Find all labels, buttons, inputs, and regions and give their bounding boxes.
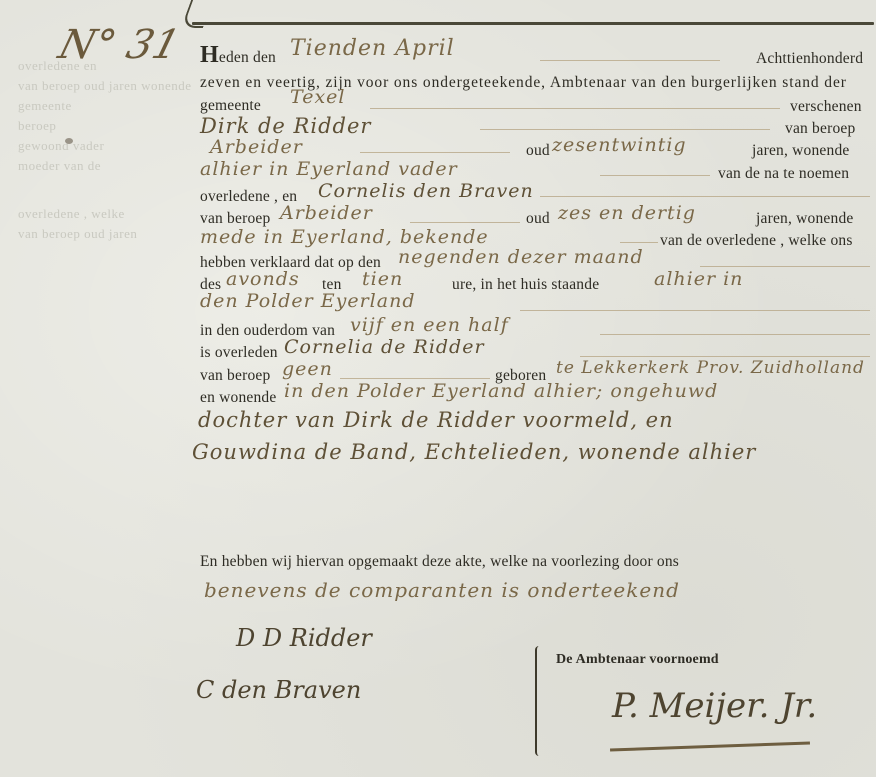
printed-line-6b: van de na te noemen: [718, 165, 849, 183]
hand-declarant1-age: zesentwintig: [552, 134, 687, 156]
printed-line-4b: van beroep: [785, 120, 855, 138]
printed-line-5b: jaren, wonende: [752, 142, 849, 160]
civil-record-page: overledene en van beroep oud jaren wonen…: [0, 0, 876, 777]
signature-declarant-1: D D Ridder: [236, 624, 372, 652]
bleed-through-text: beroep: [18, 118, 56, 134]
hand-birthplace: te Lekkerkerk Prov. Zuidholland: [556, 358, 865, 378]
hand-deceased-age: vijf en een half: [350, 314, 509, 336]
printed-oud-2: oud: [526, 210, 550, 228]
fill-line: [600, 175, 710, 176]
signature-declarant-2: C den Braven: [196, 676, 361, 704]
bleed-through-text: moeder van de: [18, 158, 101, 174]
fill-line: [360, 152, 510, 153]
record-number: N° 31: [54, 22, 185, 68]
hand-deceased-name: Cornelia de Ridder: [284, 336, 485, 358]
bleed-through-text: van beroep oud jaren: [18, 226, 137, 242]
printed-oud: oud: [526, 142, 550, 160]
printed-line-1: Heden den: [200, 42, 276, 69]
fill-line: [410, 222, 520, 223]
bleed-through-text: overledene , welke: [18, 206, 125, 222]
fill-line: [340, 378, 490, 379]
hand-death-day: negenden dezer maand: [398, 246, 644, 268]
hand-declarant2-age: zes en dertig: [558, 202, 696, 224]
printed-line-16: en wonende: [200, 389, 276, 407]
hand-declarant2-residence: mede in Eyerland, bekende: [200, 226, 489, 248]
fill-line: [520, 310, 870, 311]
bleed-through-text: gewoond vader: [18, 138, 104, 154]
fill-line: [540, 196, 870, 197]
fill-line: [620, 242, 658, 243]
hand-declarant1-occupation: Arbeider: [210, 136, 303, 158]
hand-declarant1-name: Dirk de Ridder: [200, 114, 371, 138]
ink-blot: [65, 138, 73, 144]
hand-death-hour: tien: [362, 268, 403, 290]
hand-municipality: Texel: [290, 86, 345, 108]
fill-line: [580, 356, 870, 357]
fill-line: [480, 129, 770, 130]
hand-date: Tienden April: [290, 36, 455, 61]
printed-line-3b: verschenen: [790, 98, 862, 116]
hand-declarant2-name: Cornelis den Braven: [318, 180, 534, 202]
hand-time-of-day: avonds: [226, 268, 300, 290]
hand-parents-line-1: dochter van Dirk de Ridder voormeld, en: [198, 408, 674, 432]
fill-line: [700, 266, 870, 267]
printed-line-1b: Achttienhonderd: [756, 50, 863, 68]
printed-official-label: De Ambtenaar voornoemd: [556, 652, 719, 668]
fill-line: [600, 334, 870, 335]
printed-line-9b: van de overledene , welke ons: [660, 232, 853, 250]
hand-death-place-b: den Polder Eyerland: [200, 290, 415, 312]
printed-line-11c: ure, in het huis staande: [452, 276, 599, 294]
fill-line: [540, 60, 720, 61]
hand-deceased-occupation: geen: [282, 358, 333, 380]
bleed-through-text: gemeente: [18, 98, 72, 114]
hand-residence: in den Polder Eyerland alhier; ongehuwd: [284, 380, 718, 402]
hand-declarant2-occupation: Arbeider: [280, 202, 373, 224]
hand-closing: benevens de comparanten is onderteekend: [204, 578, 680, 602]
printed-line-3: gemeente: [200, 97, 261, 115]
hand-death-place-a: alhier in: [654, 268, 743, 290]
printed-closing: En hebben wij hiervan opgemaakt deze akt…: [200, 553, 679, 571]
bleed-through-text: van beroep oud jaren wonende: [18, 78, 192, 94]
printed-line-15: van beroep: [200, 367, 270, 385]
printed-line-8c: jaren, wonende: [756, 210, 853, 228]
fill-line: [370, 108, 780, 109]
printed-line-14: is overleden: [200, 344, 278, 362]
header-rule: [192, 22, 874, 25]
hand-parents-line-2: Gouwdina de Band, Echtelieden, wonende a…: [192, 440, 756, 464]
signature-brace: [535, 646, 547, 756]
signature-official: P. Meijer. Jr.: [612, 686, 817, 726]
hand-declarant1-residence: alhier in Eyerland vader: [200, 158, 458, 180]
signature-underline: [610, 742, 810, 752]
